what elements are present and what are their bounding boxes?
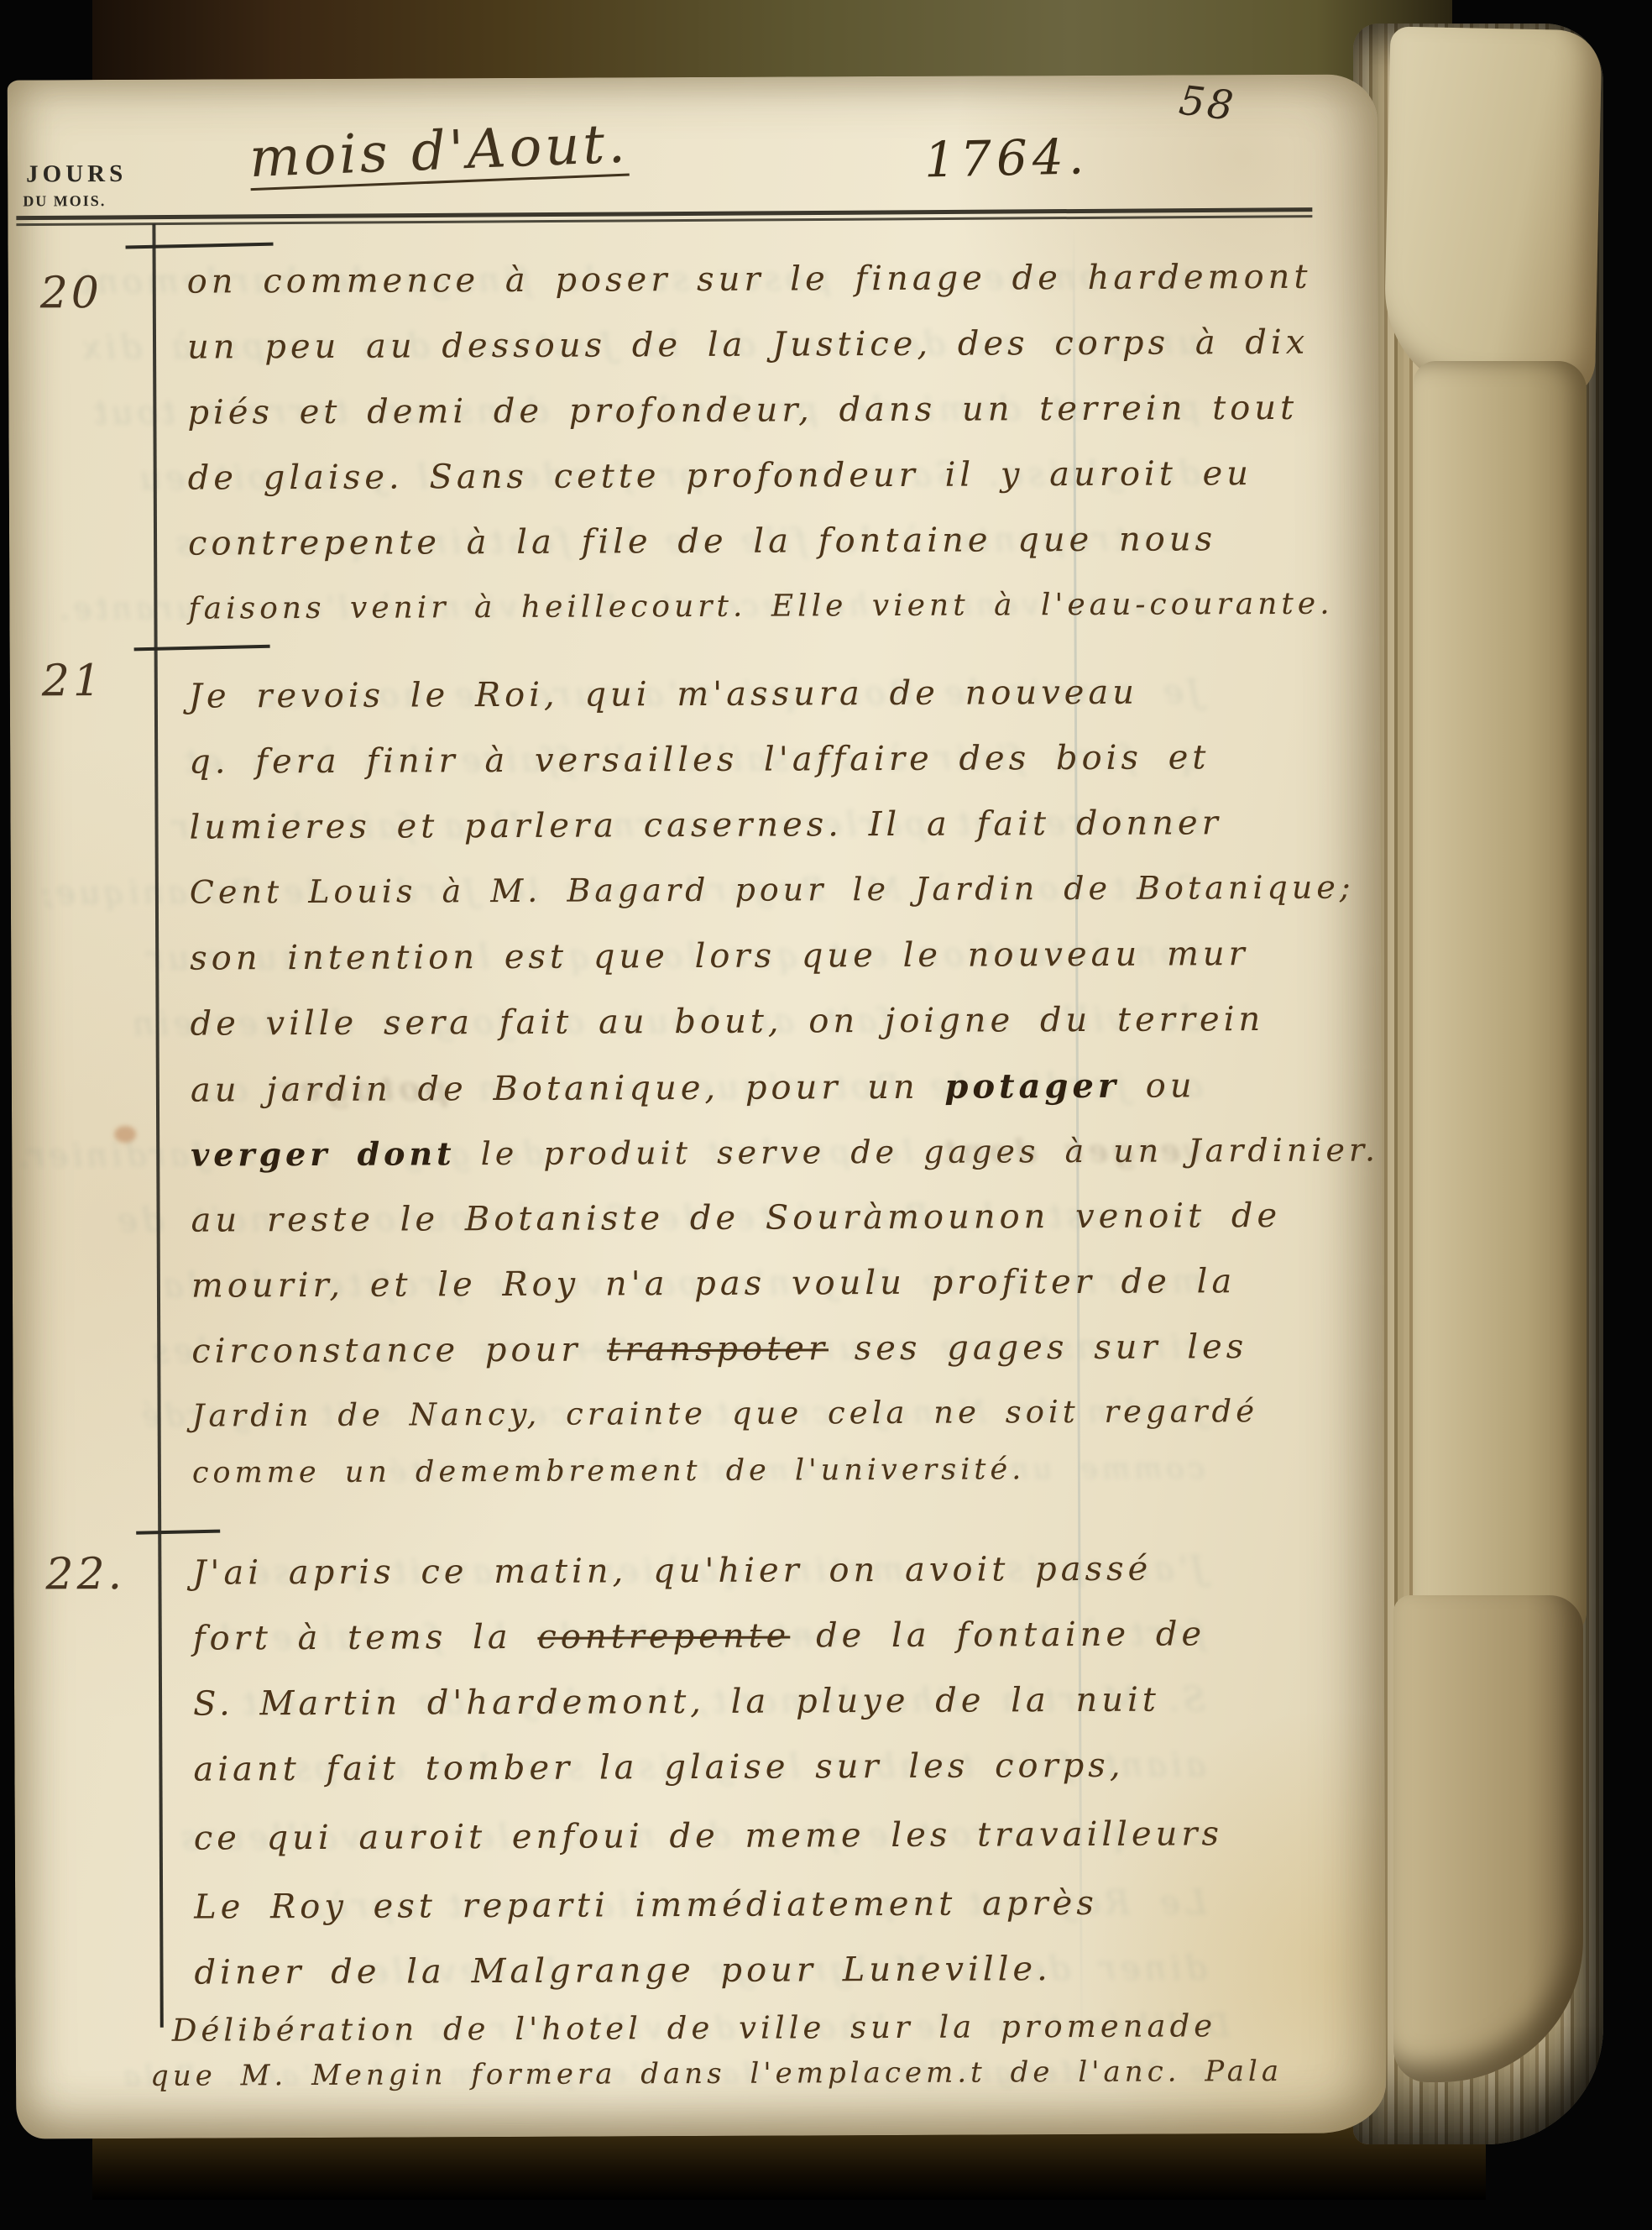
manuscript-line: que M. Mengin formera dans l'emplacem.t … xyxy=(150,2055,1283,2093)
handwritten-text: Cent Louis à M. Bagard pour le Jardin de… xyxy=(190,869,1355,911)
manuscript-line: lumieres et parlera casernes. Il a fait … xyxy=(189,804,1221,846)
printed-column-label-du-mois: DU MOIS. xyxy=(23,192,106,210)
handwritten-text: aiant fait tomber la glaise sur les corp… xyxy=(193,1746,1124,1789)
handwritten-text: son intention est que lors que le nouvea… xyxy=(190,934,1249,978)
day-number-21: 21 xyxy=(42,656,104,706)
handwritten-text: mourir, et le Roy n'a pas voulu profiter… xyxy=(191,1262,1236,1305)
handwritten-year: 1764. xyxy=(923,128,1089,188)
ink-stain xyxy=(114,1126,136,1143)
handwritten-text: de la fontaine de xyxy=(790,1615,1205,1655)
handwritten-text: Le Roy est reparti immédiatement après xyxy=(194,1884,1098,1927)
day-column-divider xyxy=(152,224,163,2028)
manuscript-line: de ville sera fait au bout, on joigne du… xyxy=(190,1000,1264,1044)
handwritten-text: fort à tems la xyxy=(193,1618,538,1658)
fore-edge-torn-corner xyxy=(1383,26,1602,400)
handwritten-text: piés et demi de profondeur, dans un terr… xyxy=(187,389,1298,432)
handwritten-text: ce qui auroit enfoui de meme les travail… xyxy=(194,1814,1223,1857)
handwritten-text: transpoter xyxy=(607,1329,829,1369)
handwritten-text: au jardin de Botanique, pour un xyxy=(191,1068,945,1110)
handwritten-text: Jardin de Nancy, crainte que cela ne soi… xyxy=(192,1393,1259,1434)
handwritten-text: verger dont xyxy=(191,1134,456,1173)
manuscript-line: un peu au dessous de la Justice, des cor… xyxy=(187,323,1309,367)
handwritten-text: J'ai apris ce matin, qu'hier on avoit pa… xyxy=(192,1550,1152,1593)
manuscript-line: contrepente à la file de la fontaine que… xyxy=(188,520,1216,563)
handwritten-text: circonstance pour xyxy=(191,1330,607,1370)
journal-page: on commence à poser sur le finage de har… xyxy=(8,74,1387,2138)
handwritten-text: potager xyxy=(944,1066,1120,1107)
handwritten-text: le produit serve de gages à un Jardinier… xyxy=(456,1131,1380,1172)
manuscript-line: piés et demi de profondeur, dans un terr… xyxy=(187,389,1298,432)
handwritten-text: lumieres et parlera casernes. Il a fait … xyxy=(189,804,1221,846)
manuscript-line: circonstance pour transpoter ses gages s… xyxy=(191,1327,1247,1370)
handwritten-text: Je revois le Roi, qui m'assura de nouvea… xyxy=(189,673,1138,716)
manuscript-photo: on commence à poser sur le finage de har… xyxy=(0,0,1652,2230)
manuscript-line: fort à tems la contrepente de la fontain… xyxy=(193,1615,1206,1657)
manuscript-line: ce qui auroit enfoui de meme les travail… xyxy=(194,1814,1223,1857)
manuscript-line: Le Roy est reparti immédiatement après xyxy=(194,1884,1098,1927)
manuscript-line: faisons venir à heillecourt. Elle vient … xyxy=(188,587,1333,626)
handwritten-text: S. Martin d'hardemont, la pluye de la nu… xyxy=(193,1681,1160,1724)
handwritten-text: de ville sera fait au bout, on joigne du… xyxy=(190,1000,1264,1044)
handwritten-text: de glaise. Sans cette profondeur il y au… xyxy=(188,454,1252,498)
handwritten-text: ou xyxy=(1120,1066,1196,1105)
manuscript-line: Je revois le Roi, qui m'assura de nouvea… xyxy=(189,673,1138,716)
manuscript-line: diner de la Malgrange pour Luneville. xyxy=(194,1950,1052,1992)
handwritten-text: que M. Mengin formera dans l'emplacem.t … xyxy=(150,2055,1283,2093)
handwritten-text: q. fera finir à versailles l'affaire des… xyxy=(189,738,1210,781)
manuscript-line: mourir, et le Roy n'a pas voulu profiter… xyxy=(191,1262,1236,1305)
handwritten-text: un peu au dessous de la Justice, des cor… xyxy=(187,323,1309,367)
manuscript-line: aiant fait tomber la glaise sur les corp… xyxy=(193,1746,1124,1789)
handwritten-text: Délibération de l'hotel de ville sur la … xyxy=(172,2008,1217,2048)
manuscript-line: au jardin de Botanique, pour un potager … xyxy=(191,1065,1196,1109)
manuscript-line: on commence à poser sur le finage de har… xyxy=(187,258,1312,301)
fore-edge-bottom-stack xyxy=(1393,1595,1583,2082)
printed-column-label-jours: JOURS xyxy=(26,160,127,189)
manuscript-line: Jardin de Nancy, crainte que cela ne soi… xyxy=(192,1393,1259,1434)
manuscript-line: son intention est que lors que le nouvea… xyxy=(190,934,1249,978)
entry-separator-tick xyxy=(136,1530,220,1535)
manuscript-line: verger dont le produit serve de gages à … xyxy=(191,1130,1379,1173)
handwritten-text: au reste le Botaniste de Souràmounon ven… xyxy=(191,1196,1281,1240)
manuscript-line: S. Martin d'hardemont, la pluye de la nu… xyxy=(193,1681,1160,1724)
manuscript-line: comme un demembrement de l'université. xyxy=(192,1453,1026,1489)
handwritten-text: comme un demembrement de l'université. xyxy=(192,1453,1026,1489)
manuscript-line: Délibération de l'hotel de ville sur la … xyxy=(172,2008,1217,2048)
handwritten-text: on commence à poser sur le finage de har… xyxy=(187,258,1312,301)
manuscript-line: de glaise. Sans cette profondeur il y au… xyxy=(188,454,1252,498)
handwritten-text: contrepente à la file de la fontaine que… xyxy=(188,520,1216,563)
handwritten-text: diner de la Malgrange pour Luneville. xyxy=(194,1950,1052,1992)
handwritten-text: contrepente xyxy=(537,1617,790,1657)
day-number-22: 22. xyxy=(45,1549,125,1599)
day-number-20: 20 xyxy=(40,268,102,318)
entry-separator-tick xyxy=(125,243,273,249)
manuscript-line: Cent Louis à M. Bagard pour le Jardin de… xyxy=(190,869,1355,911)
handwritten-month-title: mois d'Aout. xyxy=(248,113,630,190)
handwritten-text: faisons venir à heillecourt. Elle vient … xyxy=(188,587,1333,626)
handwritten-text: ses gages sur les xyxy=(829,1327,1247,1368)
fore-edge-page-stack xyxy=(1414,361,1587,1637)
page-number: 58 xyxy=(1177,77,1238,130)
manuscript-line: J'ai apris ce matin, qu'hier on avoit pa… xyxy=(192,1550,1152,1593)
manuscript-line: au reste le Botaniste de Souràmounon ven… xyxy=(191,1196,1281,1240)
manuscript-line: q. fera finir à versailles l'affaire des… xyxy=(189,738,1210,781)
